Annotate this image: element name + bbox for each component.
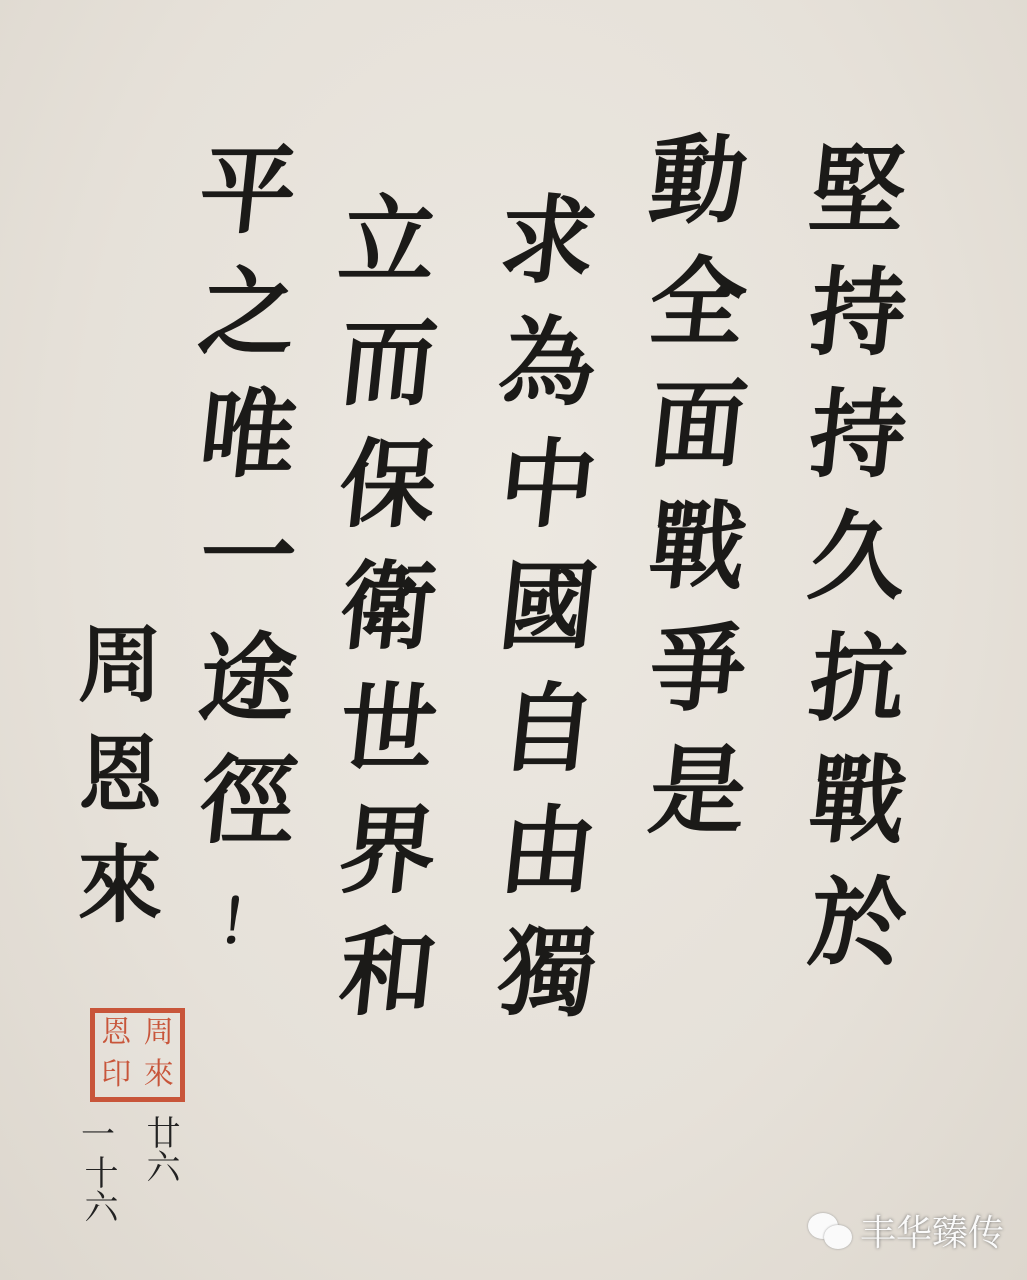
char: 立 [334, 180, 443, 302]
seal-char: 印 [95, 1055, 138, 1097]
date-column-2: 一 十六 [78, 1115, 118, 1223]
char: 為 [494, 302, 603, 424]
char: 平 [194, 130, 303, 252]
calligraphy-column-2: 動 全 面 戰 爭 是 [650, 120, 746, 852]
char: 一 [194, 496, 303, 618]
char: 界 [334, 790, 443, 912]
char: 全 [644, 242, 753, 364]
seal-char: 來 [138, 1055, 181, 1097]
char: 途 [194, 618, 303, 740]
signature-char: 來 [78, 830, 162, 940]
seal-char: 恩 [95, 1013, 138, 1055]
char: 持 [804, 252, 913, 374]
watermark-text: 丰华臻传 [860, 1205, 1004, 1256]
calligraphy-column-3: 求 為 中 國 自 由 獨 [500, 180, 596, 1034]
char: 爭 [644, 608, 753, 730]
char: 抗 [804, 618, 913, 740]
seal-char: 周 [138, 1013, 181, 1055]
char: 而 [334, 302, 443, 424]
char: 於 [804, 862, 913, 984]
char: 動 [644, 120, 753, 242]
char: 面 [644, 364, 753, 486]
char: 由 [494, 790, 603, 912]
char: ！ [212, 862, 285, 984]
char: 戰 [804, 740, 913, 862]
char: 中 [494, 424, 603, 546]
signature-char: 恩 [78, 720, 162, 830]
char: 保 [334, 424, 443, 546]
char: 徑 [194, 740, 303, 862]
char: 衛 [334, 546, 443, 668]
char: 之 [194, 252, 303, 374]
char: 是 [644, 730, 753, 852]
char: 堅 [804, 130, 913, 252]
char: 獨 [494, 912, 603, 1034]
signature-char: 周 [78, 610, 162, 720]
char: 世 [334, 668, 443, 790]
signature: 周 恩 來 [78, 610, 162, 940]
char: 求 [494, 180, 603, 302]
char: 戰 [644, 486, 753, 608]
calligraphy-column-5: 平 之 唯 一 途 徑 ！ [200, 130, 296, 984]
char: 唯 [194, 374, 303, 496]
date-column-1: 廿六 [140, 1115, 180, 1183]
calligraphy-column-4: 立 而 保 衛 世 界 和 [340, 180, 436, 1034]
wechat-icon [806, 1211, 854, 1251]
calligraphy-column-1: 堅 持 持 久 抗 戰 於 [810, 130, 906, 984]
char: 久 [804, 496, 913, 618]
watermark: 丰华臻传 [806, 1205, 1004, 1256]
char: 持 [804, 374, 913, 496]
date-text: 十六 [78, 1155, 118, 1223]
date-text: 廿六 [140, 1115, 180, 1183]
char: 國 [494, 546, 603, 668]
red-seal: 恩 周 印 來 [90, 1008, 185, 1102]
char: 和 [334, 912, 443, 1034]
char: 自 [494, 668, 603, 790]
date-text: 一 [81, 1115, 115, 1155]
